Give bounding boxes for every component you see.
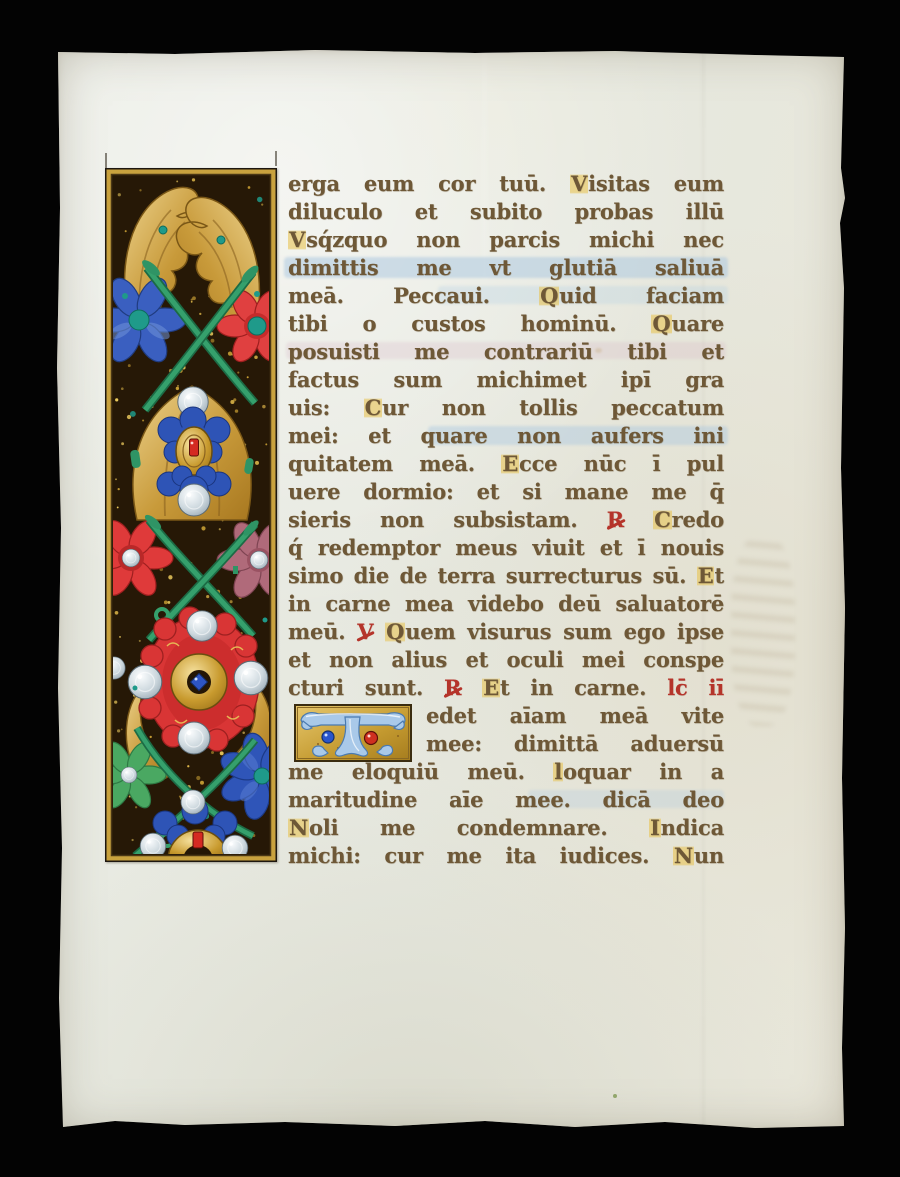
- border-artwork: [105, 168, 277, 862]
- text-line: factus sum michimet ipī gra: [288, 366, 724, 394]
- text-line: mei: et quare non aufers ini: [288, 422, 724, 450]
- illuminated-initial: [294, 704, 412, 762]
- ruling-line: [275, 151, 277, 166]
- photo-stage: erga eum cor tuū. Visitas eumdiluculo et…: [0, 0, 900, 1177]
- ruling-line: [105, 153, 107, 168]
- text-line: Noli me condemnare. Indica: [288, 814, 724, 842]
- text-line: me eloquiū meū. loquar in a: [288, 758, 724, 786]
- text-line: diluculo et subito probas illū: [288, 198, 724, 226]
- illuminated-border: [105, 168, 277, 862]
- text-line: simo die de terra surrecturus sū. Et: [288, 562, 724, 590]
- text-line: tibi o custos hominū. Quare: [288, 310, 724, 338]
- text-line: dimittis me vt glutiā saliuā: [288, 254, 724, 282]
- text-line: q́ redemptor meus viuit et ī nouis: [288, 534, 724, 562]
- initial-artwork: [294, 704, 412, 762]
- ink-show-through: [731, 536, 795, 726]
- text-line: cturi sunt. R Et in carne. lc̄ iī: [288, 674, 724, 702]
- vellum-speck: [613, 1094, 617, 1098]
- text-line: meā. Peccaui. Quid faciam: [288, 282, 724, 310]
- text-line: michi: cur me ita iudices. Nun: [288, 842, 724, 870]
- text-column: erga eum cor tuū. Visitas eumdiluculo et…: [288, 170, 724, 870]
- text-line: erga eum cor tuū. Visitas eum: [288, 170, 724, 198]
- text-line: meū. V Quem visurus sum ego ipse: [288, 618, 724, 646]
- text-line: maritudine aīe mee. dicā deo: [288, 786, 724, 814]
- manuscript-leaf: erga eum cor tuū. Visitas eumdiluculo et…: [55, 48, 847, 1132]
- text-line: sieris non subsistam. R Credo: [288, 506, 724, 534]
- text-line: uis: Cur non tollis peccatum: [288, 394, 724, 422]
- text-line: in carne mea videbo deū saluatorē: [288, 590, 724, 618]
- text-line: quitatem meā. Ecce nūc ī pul: [288, 450, 724, 478]
- text-line: uere dormio: et si mane me q̄: [288, 478, 724, 506]
- text-line: et non alius et oculi mei conspe: [288, 646, 724, 674]
- text-line: Vsq́zquo non parcis michi nec: [288, 226, 724, 254]
- text-line: posuisti me contrariū tibi et: [288, 338, 724, 366]
